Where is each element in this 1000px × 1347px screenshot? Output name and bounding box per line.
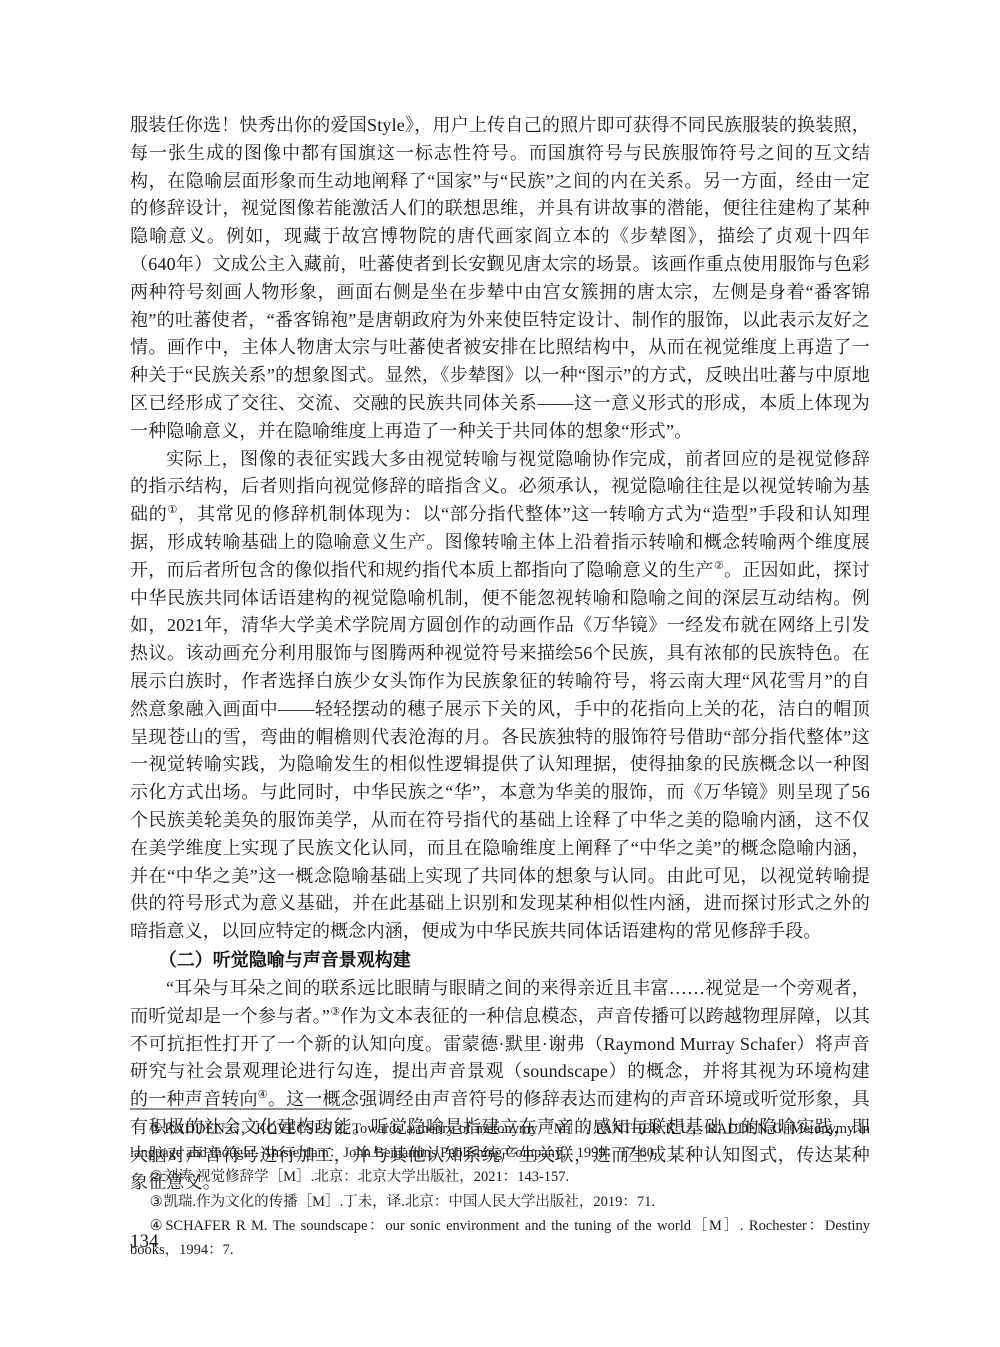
page-number: 134 bbox=[130, 1231, 159, 1253]
footnote-ref-mark: ① bbox=[168, 504, 179, 516]
footnote-separator bbox=[130, 1108, 352, 1110]
footnote-marker: ③ bbox=[150, 1194, 163, 1210]
body-paragraph: 实际上，图像的表征实践大多由视觉转喻与视觉隐喻协作完成，前者回应的是视觉修辞的指… bbox=[130, 446, 870, 946]
section-heading: （二）听觉隐喻与声音景观构建 bbox=[130, 946, 870, 975]
footnote-item: ①RADDEN G，KOVECSES Z. Towards a theory o… bbox=[130, 1117, 870, 1165]
footnote-item: ②刘涛.视觉修辞学［M］.北京：北京大学出版社，2021：143-157. bbox=[130, 1165, 870, 1189]
document-page: 服装任你选！快秀出你的爱国Style》，用户上传自己的照片即可获得不同民族服装的… bbox=[0, 0, 1000, 1347]
article-blocks: 服装任你选！快秀出你的爱国Style》，用户上传自己的照片即可获得不同民族服装的… bbox=[130, 112, 870, 1197]
footnote-area: ①RADDEN G，KOVECSES Z. Towards a theory o… bbox=[130, 1108, 870, 1262]
footnote-ref-mark: ④ bbox=[258, 1089, 268, 1101]
body-paragraph: 服装任你选！快秀出你的爱国Style》，用户上传自己的照片即可获得不同民族服装的… bbox=[130, 112, 870, 446]
footnote-ref-mark: ② bbox=[714, 560, 724, 572]
footnote-item: ④SCHAFER R M. The soundscape：our sonic e… bbox=[130, 1214, 870, 1262]
footnote-marker: ① bbox=[150, 1121, 164, 1137]
footnote-item: ③凯瑞.作为文化的传播［M］.丁未，译.北京：中国人民大学出版社，2019：71… bbox=[130, 1190, 870, 1214]
footnote-marker: ② bbox=[150, 1169, 163, 1185]
footnote-ref-mark: ③ bbox=[330, 1006, 340, 1018]
footnote-list: ①RADDEN G，KOVECSES Z. Towards a theory o… bbox=[130, 1117, 870, 1262]
